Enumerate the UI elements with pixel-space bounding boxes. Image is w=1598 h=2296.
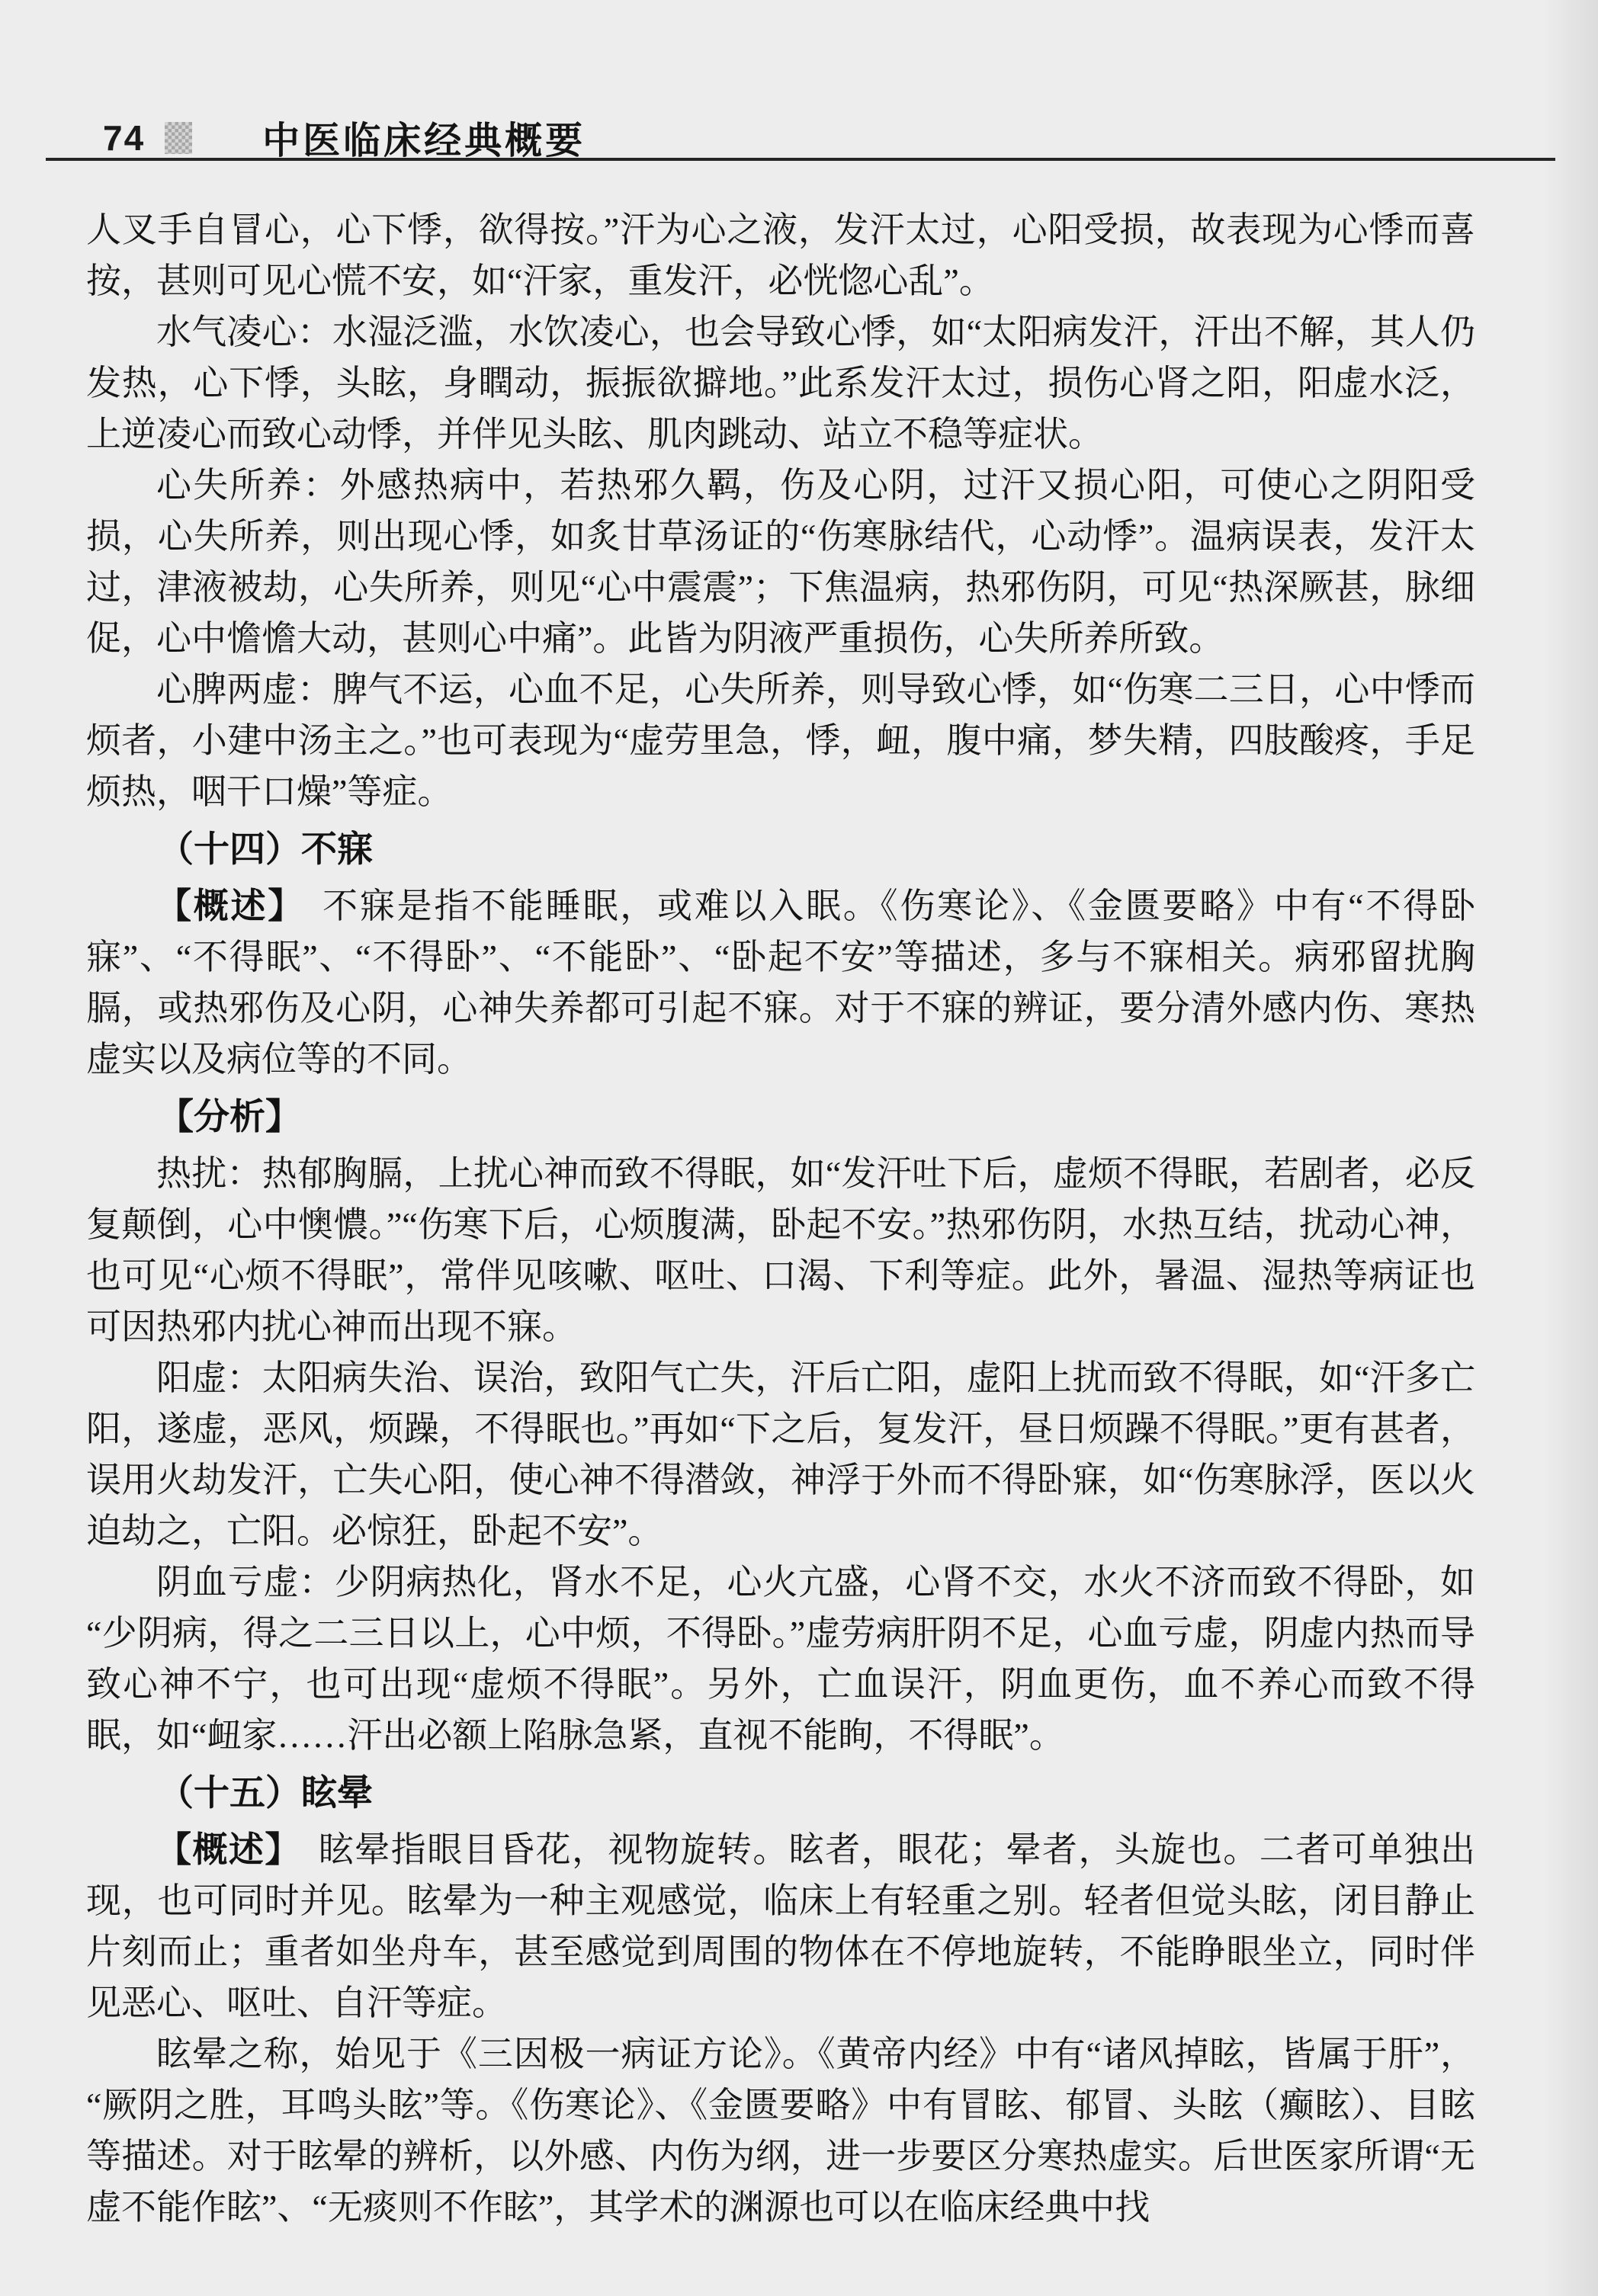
paragraph-bumei-overview: 【概述】不寐是指不能睡眠，或难以入眠。《伤寒论》、《金匮要略》中有“不得卧寐”、… <box>86 880 1475 1085</box>
paragraph-xinpi-liangxu: 心脾两虚：脾气不运，心血不足，心失所养，则导致心悸，如“伤寒二三日，心中悸而烦者… <box>86 664 1475 817</box>
section-heading-xuanyun: （十五）眩晕 <box>86 1767 1475 1818</box>
page-number: 74 <box>103 117 145 159</box>
overview-label: 【概述】 <box>156 1829 301 1869</box>
overview-label: 【概述】 <box>156 886 305 925</box>
page-body: 人叉手自冒心，心下悸，欲得按。”汗为心之液，发汗太过，心阳受损，故表现为心悸而喜… <box>86 204 1475 2233</box>
paragraph-rerao: 热扰：热郁胸膈，上扰心神而致不得眠，如“发汗吐下后，虚烦不得眠，若剧者，必反复颠… <box>86 1148 1475 1352</box>
section-heading-bumei: （十四）不寐 <box>86 823 1475 874</box>
paragraph-xuanyun-origin: 眩晕之称，始见于《三因极一病证方论》。《黄帝内经》中有“诸风掉眩，皆属于肝”，“… <box>86 2028 1475 2233</box>
paragraph-xinshi-suoyang: 心失所养：外感热病中，若热邪久羁，伤及心阴，过汗又损心阳，可使心之阴阳受损，心失… <box>86 460 1475 664</box>
paragraph-yinxue-kuixu: 阴血亏虚：少阴病热化，肾水不足，心火亢盛，心肾不交，水火不济而致不得卧，如“少阴… <box>86 1557 1475 1761</box>
ornament-icon <box>165 122 192 154</box>
paragraph-xuanyun-overview: 【概述】眩晕指眼目昏花，视物旋转。眩者，眼花；晕者，头旋也。二者可单独出现，也可… <box>86 1824 1475 2028</box>
subsection-heading-fenxi: 【分析】 <box>86 1091 1475 1142</box>
paragraph-shuiqi-lingxin: 水气凌心：水湿泛滥，水饮凌心，也会导致心悸，如“太阳病发汗，汗出不解，其人仍发热… <box>86 306 1475 460</box>
paragraph-yangxu: 阳虚：太阳病失治、误治，致阳气亡失，汗后亡阳，虚阳上扰而致不得眠，如“汗多亡阳，… <box>86 1352 1475 1557</box>
header-rule <box>46 158 1555 161</box>
book-title: 中医临床经典概要 <box>262 111 586 165</box>
paragraph-carryover: 人叉手自冒心，心下悸，欲得按。”汗为心之液，发汗太过，心阳受损，故表现为心悸而喜… <box>86 204 1475 306</box>
running-head: 74 中医临床经典概要 <box>103 114 1552 162</box>
book-page: 74 中医临床经典概要 人叉手自冒心，心下悸，欲得按。”汗为心之液，发汗太过，心… <box>0 0 1598 2296</box>
